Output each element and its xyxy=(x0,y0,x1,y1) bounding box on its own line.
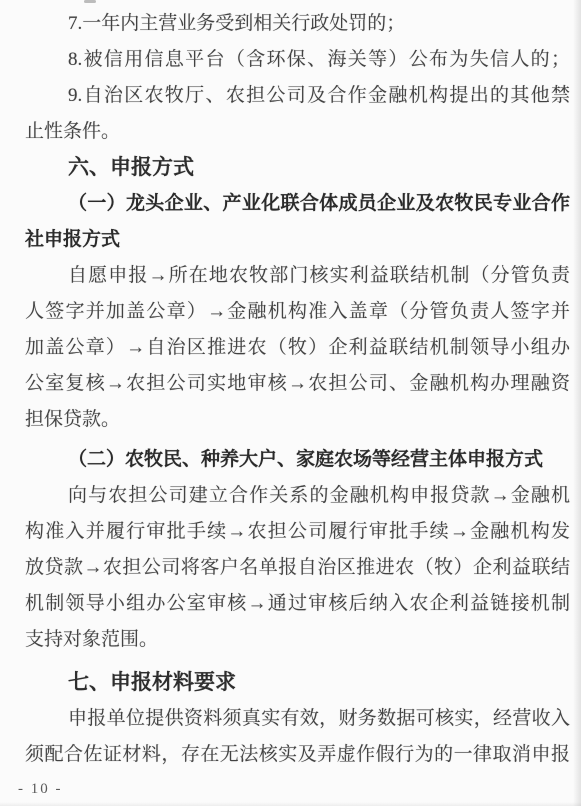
sub2-flow-line-2: 构准入并履行审批手续→农担公司履行审批手续→金融机构发 xyxy=(25,514,570,550)
prohibited-item-9-line-1: 9.自治区农牧厅、农担公司及合作金融机构提出的其他禁 xyxy=(25,78,570,114)
scan-edge-right xyxy=(573,0,581,806)
subsection-2-heading: （二）农牧民、种养大户、家庭农场等经营主体申报方式 xyxy=(25,442,570,478)
sub1-flow-line-4: 公室复核→农担公司实地审核→农担公司、金融机构办理融资 xyxy=(25,366,570,402)
subsection-1-heading-line-1: （一）龙头企业、产业化联合体成员企业及农牧民专业合作 xyxy=(25,186,570,222)
section-7-heading: 七、申报材料要求 xyxy=(25,665,570,701)
sub1-flow-line-3: 加盖公章）→自治区推进农（牧）企利益联结机制领导小组办 xyxy=(25,330,570,366)
sub1-flow-line-2: 人签字并加盖公章）→金融机构准入盖章（分管负责人签字并 xyxy=(25,294,570,330)
section-7-body-line-2: 须配合佐证材料，存在无法核实及弄虚作假行为的一律取消申报 xyxy=(25,737,570,773)
subsection-1-heading-line-2: 社申报方式 xyxy=(25,222,570,258)
scan-edge-bottom xyxy=(0,802,581,806)
sub1-flow-line-5: 担保贷款。 xyxy=(25,402,570,438)
scan-artifact xyxy=(84,0,96,3)
sub2-flow-line-1: 向与农担公司建立合作关系的金融机构申报贷款→金融机 xyxy=(25,478,570,514)
sub2-flow-line-4: 机制领导小组办公室审核→通过审核后纳入农企利益链接机制 xyxy=(25,586,570,622)
scanned-document-page: 7.一年内主营业务受到相关行政处罚的； 8.被信用信息平台（含环保、海关等）公布… xyxy=(0,0,581,806)
sub2-flow-line-5: 支持对象范围。 xyxy=(25,622,570,658)
sub2-flow-line-3: 放贷款→农担公司将客户名单报自治区推进农（牧）企利益联结 xyxy=(25,550,570,586)
page-number: - 10 - xyxy=(18,779,63,799)
sub1-flow-line-1: 自愿申报→所在地农牧部门核实利益联结机制（分管负责 xyxy=(25,258,570,294)
section-7-body-line-1: 申报单位提供资料须真实有效，财务数据可核实，经营收入 xyxy=(25,701,570,737)
prohibited-item-8: 8.被信用信息平台（含环保、海关等）公布为失信人的； xyxy=(25,42,570,78)
prohibited-item-7: 7.一年内主营业务受到相关行政处罚的； xyxy=(25,6,570,42)
prohibited-item-9-line-2: 止性条件。 xyxy=(25,114,570,150)
section-6-heading: 六、申报方式 xyxy=(25,150,570,186)
document-body: 7.一年内主营业务受到相关行政处罚的； 8.被信用信息平台（含环保、海关等）公布… xyxy=(25,6,570,773)
